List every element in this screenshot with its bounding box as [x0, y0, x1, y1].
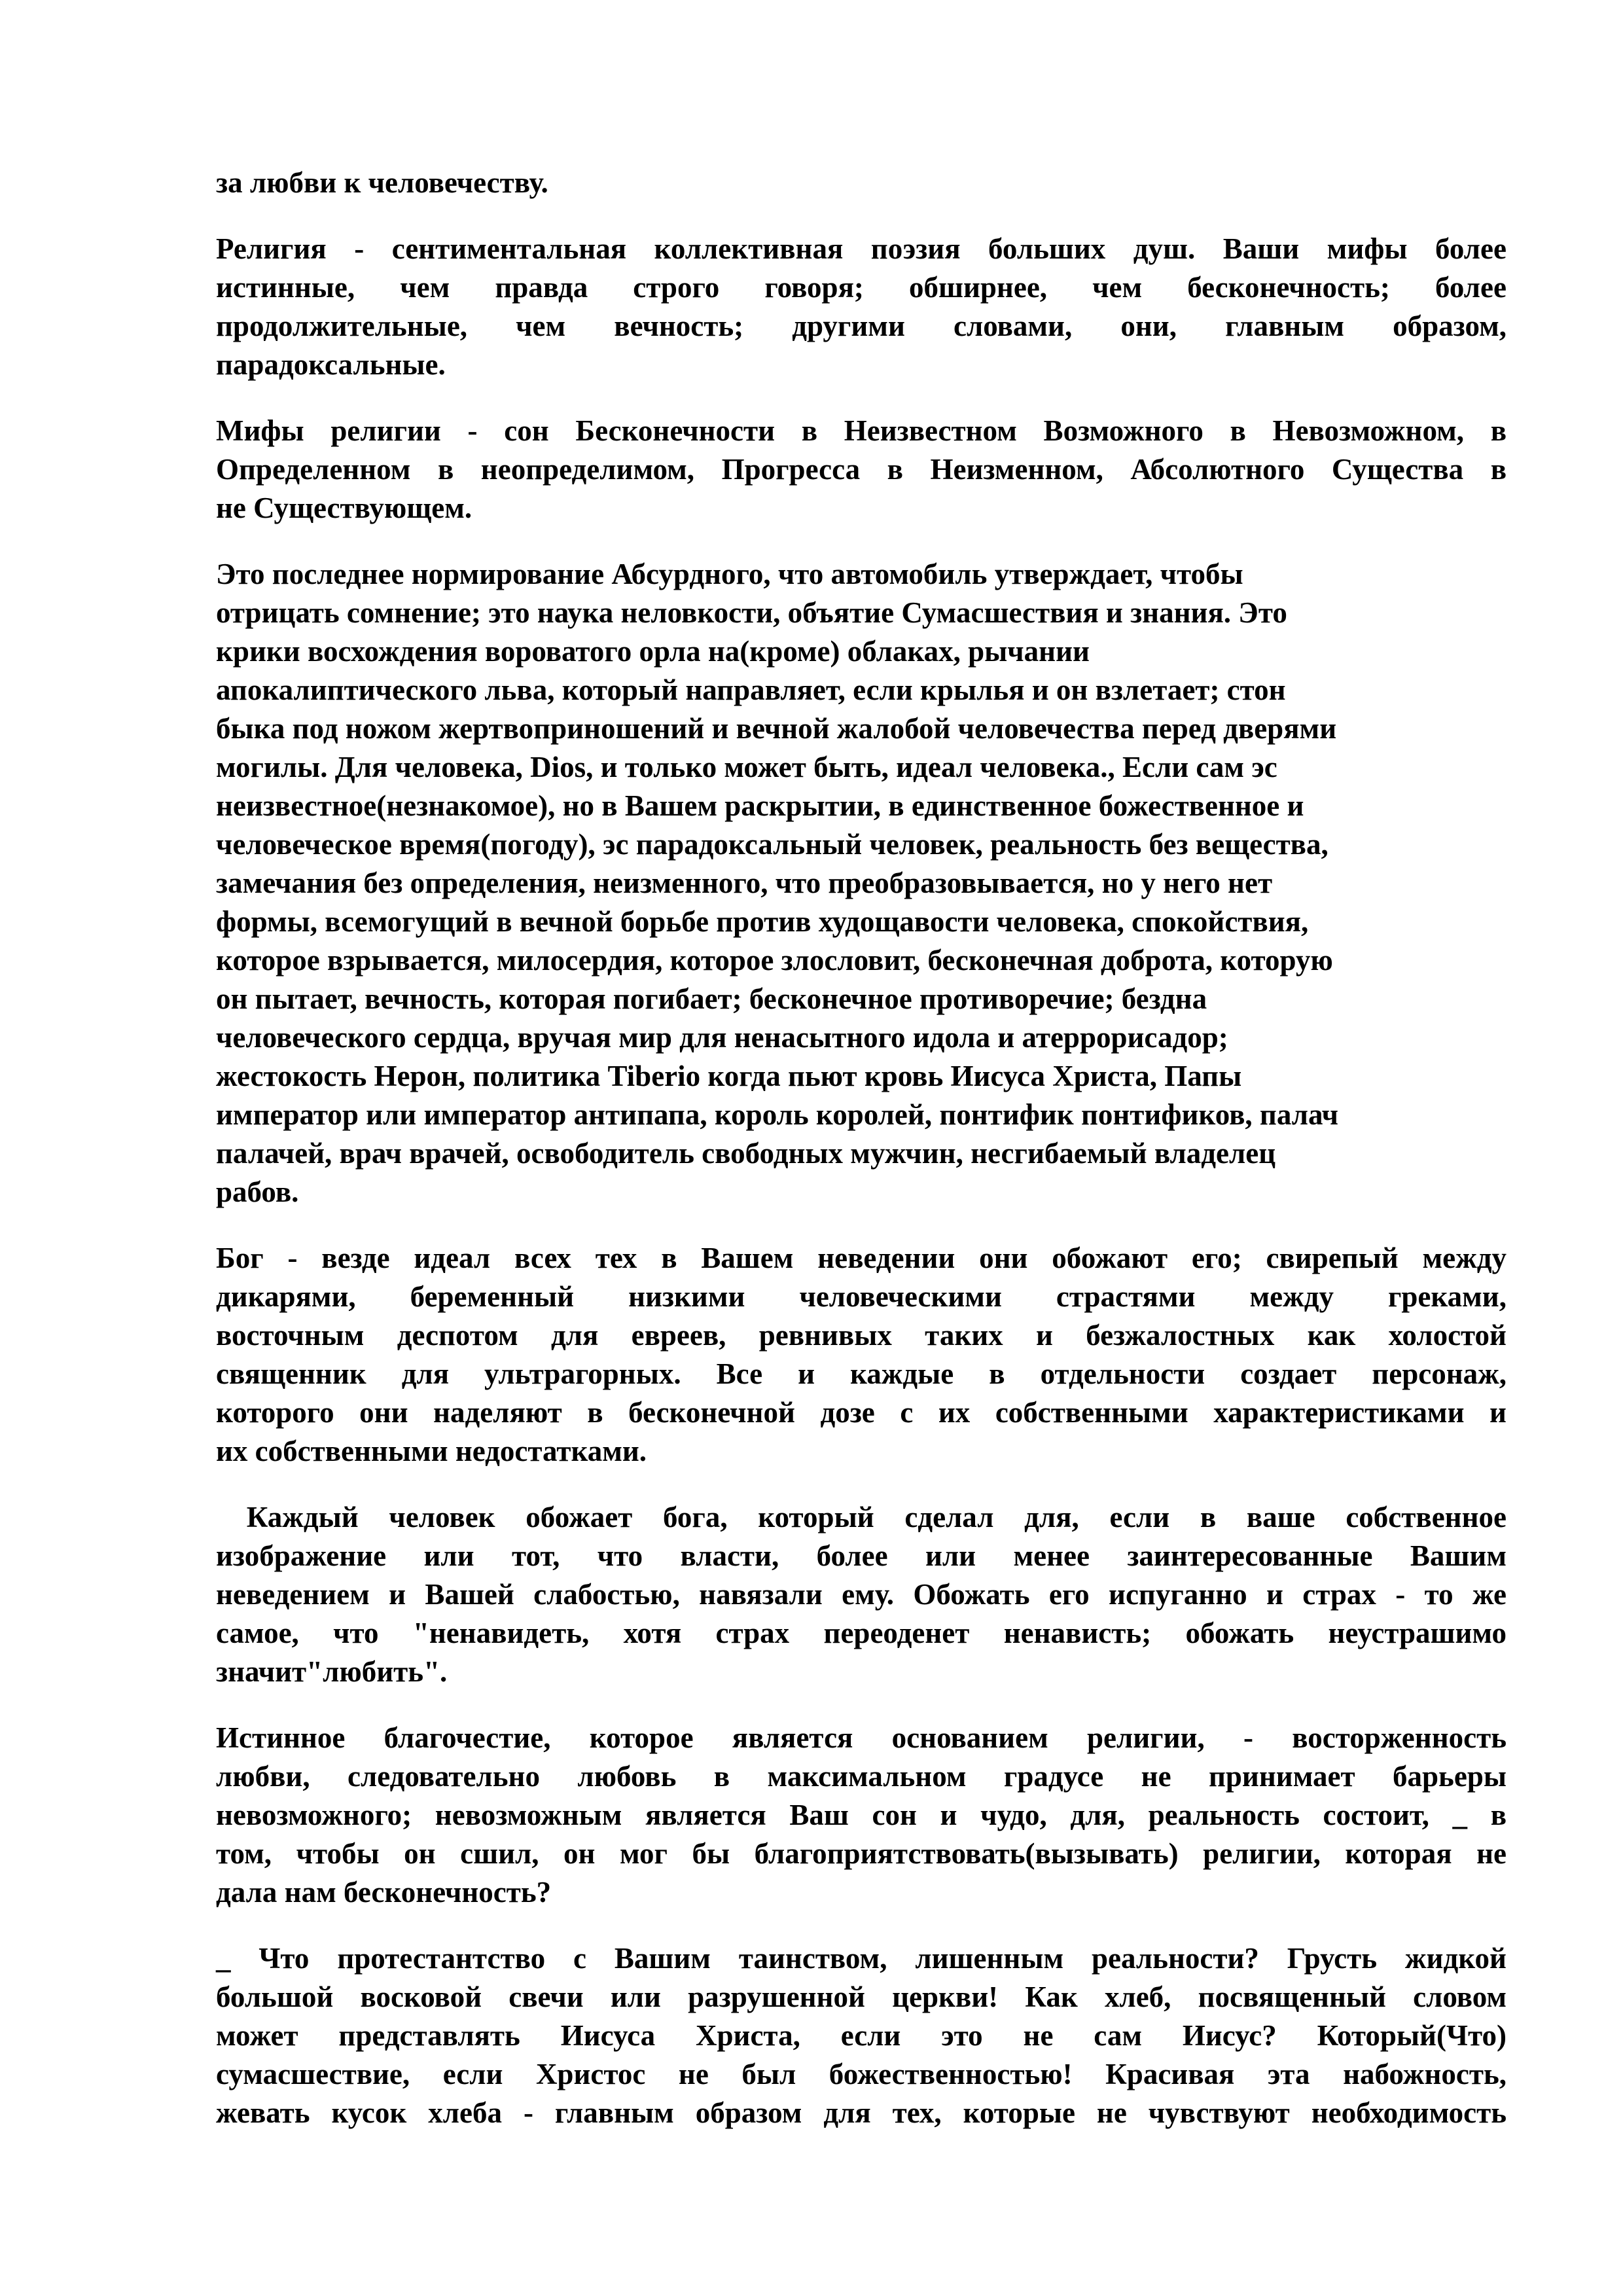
paragraph: Каждый человек обожает бога, который сде… — [216, 1498, 1507, 1691]
text-line: изображение или тот, что власти, более и… — [216, 1537, 1507, 1575]
text-line: рабов. — [216, 1173, 1507, 1211]
text-line: неизвестное(незнакомое), но в Вашем раск… — [216, 787, 1507, 825]
paragraph: Истинное благочестие, которое является о… — [216, 1719, 1507, 1912]
text-line: дала нам бесконечность? — [216, 1873, 1507, 1912]
text-line: любви, следовательно любовь в максимальн… — [216, 1757, 1507, 1796]
text-line: продолжительные, чем вечность; другими с… — [216, 307, 1507, 346]
text-line: за любви к человечеству. — [216, 164, 1507, 202]
text-line: жевать кусок хлеба - главным образом для… — [216, 2094, 1507, 2132]
text-line: самое, что "ненавидеть, хотя страх перео… — [216, 1614, 1507, 1653]
text-line: Это последнее нормирование Абсурдного, ч… — [216, 555, 1507, 594]
paragraph: за любви к человечеству. — [216, 164, 1507, 202]
text-line: жестокость Нерон, политика Tiberio когда… — [216, 1057, 1507, 1096]
text-line: крики восхождения вороватого орла на(кро… — [216, 632, 1507, 671]
paragraph: Мифы религии - сон Бесконечности в Неизв… — [216, 412, 1507, 528]
text-line: апокалиптического льва, который направля… — [216, 671, 1507, 709]
text-line: он пытает, вечность, которая погибает; б… — [216, 980, 1507, 1018]
text-line: могилы. Для человека, Dios, и только мож… — [216, 748, 1507, 787]
text-line: не Существующем. — [216, 489, 1507, 528]
text-line: Каждый человек обожает бога, который сде… — [216, 1498, 1507, 1537]
document-body: за любви к человечеству.Религия - сентим… — [216, 164, 1507, 2160]
text-line: парадоксальные. — [216, 346, 1507, 384]
text-line: Бог - везде идеал всех тех в Вашем невед… — [216, 1239, 1507, 1278]
text-line: дикарями, беременный низкими человечески… — [216, 1278, 1507, 1316]
text-line: их собственными недостатками. — [216, 1432, 1507, 1471]
text-line: истинные, чем правда строго говоря; обши… — [216, 268, 1507, 307]
text-line: отрицать сомнение; это наука неловкости,… — [216, 594, 1507, 632]
text-line: том, чтобы он сшил, он мог бы благоприят… — [216, 1835, 1507, 1873]
text-line: палачей, врач врачей, освободитель свобо… — [216, 1134, 1507, 1173]
text-line: значит"любить". — [216, 1653, 1507, 1691]
text-line: человеческое время(погоду), эс парадокса… — [216, 825, 1507, 864]
text-line: Истинное благочестие, которое является о… — [216, 1719, 1507, 1757]
text-line: сумасшествие, если Христос не был божест… — [216, 2055, 1507, 2094]
text-line: Мифы религии - сон Бесконечности в Неизв… — [216, 412, 1507, 450]
paragraph: _ Что протестантство с Вашим таинством, … — [216, 1939, 1507, 2132]
text-line: которого они наделяют в бесконечной дозе… — [216, 1393, 1507, 1432]
text-line: священник для ультрагорных. Все и каждые… — [216, 1355, 1507, 1393]
text-line: формы, всемогущий в вечной борьбе против… — [216, 903, 1507, 941]
text-line: большой восковой свечи или разрушенной ц… — [216, 1978, 1507, 2017]
paragraph: Религия - сентиментальная коллективная п… — [216, 230, 1507, 384]
text-line: замечания без определения, неизменного, … — [216, 864, 1507, 903]
paragraph: Это последнее нормирование Абсурдного, ч… — [216, 555, 1507, 1211]
text-line: невозможного; невозможным является Ваш с… — [216, 1796, 1507, 1835]
text-line: восточным деспотом для евреев, ревнивых … — [216, 1316, 1507, 1355]
text-line: быка под ножом жертвоприношений и вечной… — [216, 709, 1507, 748]
text-line: человеческого сердца, вручая мир для нен… — [216, 1018, 1507, 1057]
text-line: Религия - сентиментальная коллективная п… — [216, 230, 1507, 268]
text-line: _ Что протестантство с Вашим таинством, … — [216, 1939, 1507, 1978]
paragraph: Бог - везде идеал всех тех в Вашем невед… — [216, 1239, 1507, 1471]
text-line: Определенном в неопределимом, Прогресса … — [216, 450, 1507, 489]
text-line: император или император антипапа, король… — [216, 1096, 1507, 1134]
document-page: за любви к человечеству.Религия - сентим… — [0, 0, 1623, 2296]
text-line: которое взрывается, милосердия, которое … — [216, 941, 1507, 980]
text-line: неведением и Вашей слабостью, навязали е… — [216, 1575, 1507, 1614]
text-line: может представлять Иисуса Христа, если э… — [216, 2017, 1507, 2055]
